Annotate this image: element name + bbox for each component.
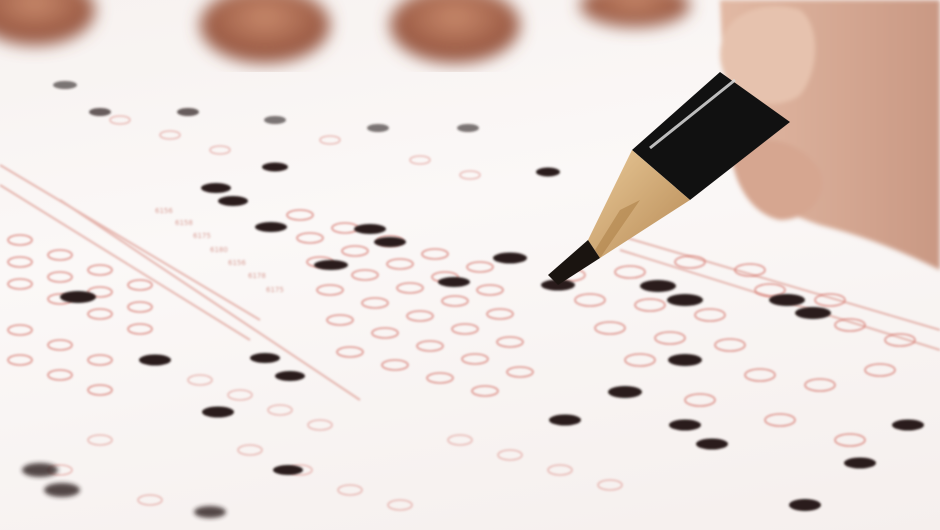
- answer-sheet-photo: 615661586175 6180615661786175: [0, 0, 940, 530]
- svg-text:6158: 6158: [175, 219, 193, 227]
- blurred-fingers: [0, 0, 690, 63]
- svg-text:6175: 6175: [193, 232, 211, 240]
- svg-text:6156: 6156: [228, 259, 246, 267]
- photo-illustration: 615661586175 6180615661786175: [0, 0, 940, 530]
- svg-text:6156: 6156: [155, 207, 173, 215]
- svg-text:6175: 6175: [266, 286, 284, 294]
- svg-text:6178: 6178: [248, 272, 266, 280]
- svg-text:6180: 6180: [210, 246, 228, 254]
